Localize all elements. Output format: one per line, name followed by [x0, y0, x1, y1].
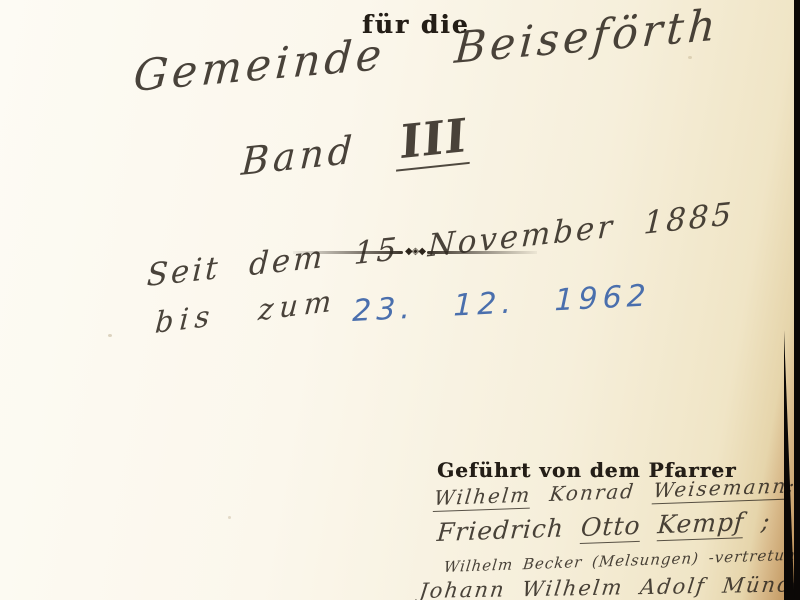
pastor1-first-name: Wilhelm	[433, 483, 533, 512]
pastor1-surname: Weisemann	[652, 474, 789, 505]
handwritten-bis-zum: bis zum	[154, 283, 338, 340]
pastor1-middle-name: Konrad	[530, 478, 655, 506]
volume-numeral: III	[397, 107, 473, 171]
pastor2-middle-name: Otto	[580, 511, 642, 544]
handwritten-volume-line: Band III	[240, 107, 473, 186]
pastor2-punctuation: ;	[743, 506, 771, 536]
paper-speckle	[688, 56, 692, 59]
handwritten-end-date-blue-ink: 23. 12. 1962	[352, 278, 651, 329]
paper-speckle	[108, 334, 112, 337]
pastor-name-muench-cut-off: Johann Wilhelm Adolf Münch	[418, 572, 800, 600]
pastor-name-becker-melsungen: Wilhelm Becker (Melsungen) -vertretungsw…	[443, 543, 800, 576]
pastor2-surname: Kempf	[656, 507, 745, 541]
scanned-register-page: für die Gemeinde Beiseförth Band III ◆◈◆…	[0, 0, 800, 600]
pastor-name-kempf: Friedrich Otto Kempf ;	[436, 506, 772, 547]
pastor2-space	[640, 510, 659, 540]
scanner-background-right-edge	[794, 0, 800, 600]
paper-speckle	[228, 516, 231, 519]
pastor2-first-name: Friedrich	[436, 513, 582, 547]
volume-word: Band	[240, 127, 357, 184]
